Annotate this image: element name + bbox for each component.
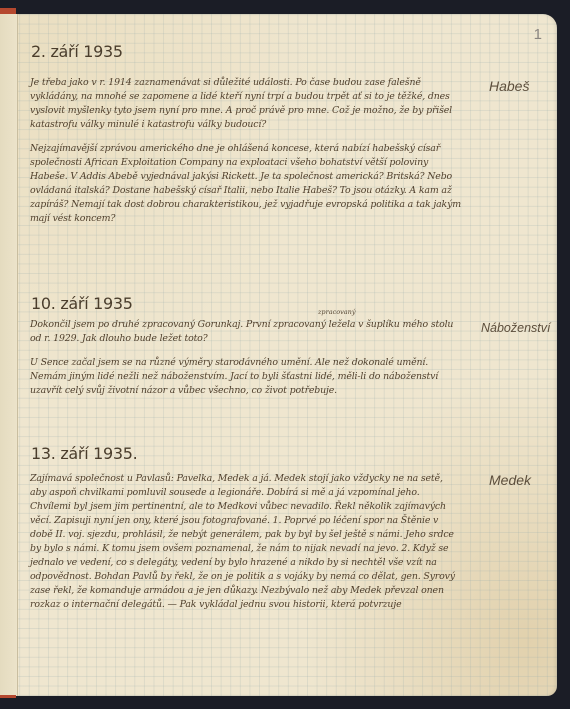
entry-date: 10. září 1935	[31, 294, 133, 313]
notebook-page: 1 2. září 1935 Habeš Je třeba jako v r. …	[0, 14, 557, 696]
entry-paragraph: U Sence začal jsem se na různé výměry st…	[30, 356, 462, 398]
entry-paragraph: Je třeba jako v r. 1914 zaznamenávat si …	[30, 76, 462, 132]
margin-note: Medek	[489, 472, 531, 488]
page-number: 1	[534, 26, 542, 43]
entry-paragraph: Nejzajímavější zprávou amerického dne je…	[30, 142, 462, 226]
binding-accent-bottom	[0, 695, 16, 698]
entry-paragraph: Dokončil jsem po druhé zpracovaný Gorunk…	[30, 318, 462, 346]
entry-paragraph: Zajímavá společnost u Pavlasů: Pavelka, …	[30, 472, 462, 612]
diary-entry: Zajímavá společnost u Pavlasů: Pavelka, …	[30, 472, 462, 622]
notebook-scan: 1 2. září 1935 Habeš Je třeba jako v r. …	[0, 0, 570, 709]
entry-date: 2. září 1935	[31, 42, 123, 61]
inline-correction: zpracovaný	[318, 308, 356, 316]
diary-entry: Dokončil jsem po druhé zpracovaný Gorunk…	[30, 318, 462, 408]
diary-entry: Je třeba jako v r. 1914 zaznamenávat si …	[30, 76, 462, 236]
page-gutter	[0, 14, 18, 696]
margin-note: Náboženství	[481, 321, 550, 335]
entry-date: 13. září 1935.	[31, 444, 137, 463]
margin-note: Habeš	[489, 78, 529, 94]
